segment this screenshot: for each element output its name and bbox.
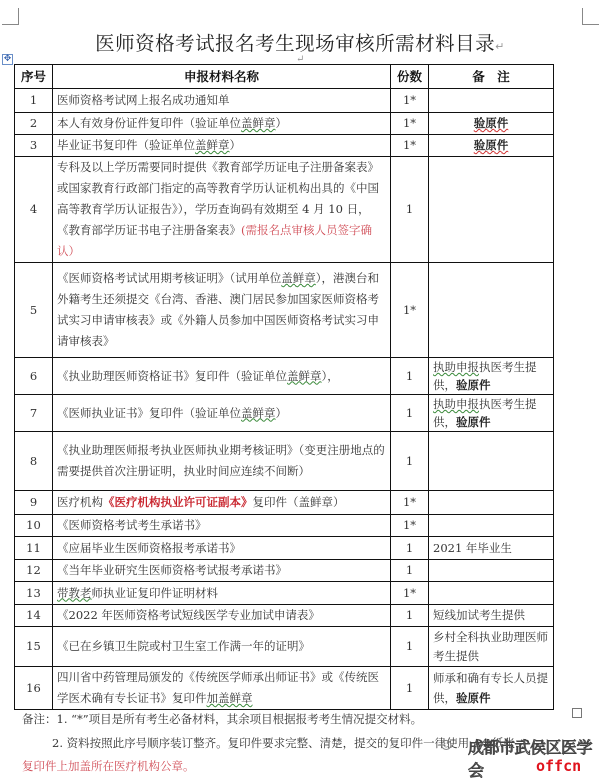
- row-note: 短线加试考生提供: [429, 605, 554, 627]
- row-name: 《医师执业证书》复印件（验证单位盖鲜章）: [53, 395, 391, 432]
- table-row: 5 《医师资格考试试用期考核证明》（试用单位盖鲜章），港澳台和外籍考生还须提交《…: [15, 263, 554, 358]
- table-move-handle-icon[interactable]: ✥: [2, 54, 13, 65]
- row-qty: 1: [391, 667, 429, 710]
- footer-note-1: 备注：1. “*”项目是所有考生必备材料，其余项目根据报考考生情况提交材料。: [22, 711, 422, 727]
- row-name-spellcheck-text: 盖鲜章: [287, 369, 322, 383]
- row-qty: 1*: [391, 113, 429, 135]
- row-note: 师承和确有专长人员提供，验原件: [429, 667, 554, 710]
- row-no: 4: [15, 157, 53, 263]
- row-qty: 1: [391, 432, 429, 491]
- row-note: 乡村全科执业助理医师考生提供: [429, 627, 554, 667]
- row-qty: 1: [391, 560, 429, 582]
- table-row: 15 《已在乡镇卫生院或村卫生室工作满一年的证明》 1 乡村全科执业助理医师考生…: [15, 627, 554, 667]
- table-row: 10 《医师资格考试考生承诺书》 1*: [15, 515, 554, 537]
- page-corner-mark-right: [582, 8, 599, 25]
- row-no: 16: [15, 667, 53, 710]
- row-qty: 1: [391, 395, 429, 432]
- row-no: 9: [15, 491, 53, 515]
- row-name-text: ）: [276, 116, 288, 130]
- row-name: 《2022 年医师资格考试短线医学专业加试申请表》: [53, 605, 391, 627]
- table-row: 11 《应届毕业生医师资格报考承诺书》 1 2021 年毕业生: [15, 537, 554, 560]
- row-name-text: 《医师资格考试试用期考核证明》（试用单位: [57, 271, 281, 285]
- document-title: 医师资格考试报名考生现场审核所需材料目录↵: [0, 28, 600, 56]
- row-no: 15: [15, 627, 53, 667]
- table-header-row: 序号 申报材料名称 份数 备 注: [15, 65, 554, 89]
- row-qty: 1: [391, 537, 429, 560]
- row-note: [429, 263, 554, 358]
- table-row: 9 医疗机构《医疗机构执业许可证副本》复印件（盖鲜章） 1*: [15, 491, 554, 515]
- row-no: 11: [15, 537, 53, 560]
- row-name-text: 《医师执业证书》复印件（验证单位: [57, 406, 241, 420]
- row-name: 《应届毕业生医师资格报考承诺书》: [53, 537, 391, 560]
- row-name-text: 复印件（盖鲜章）: [253, 495, 345, 509]
- header-qty: 份数: [391, 65, 429, 89]
- table-row: 4 专科及以上学历需要同时提供《教育部学历证电子注册备案表》或国家教育行政部门指…: [15, 157, 554, 263]
- table-row: 14 《2022 年医师资格考试短线医学专业加试申请表》 1 短线加试考生提供: [15, 605, 554, 627]
- row-qty: 1*: [391, 263, 429, 358]
- row-no: 10: [15, 515, 53, 537]
- row-name-text: 本人有效身份证件复印件（验证单位: [57, 116, 241, 130]
- row-name-spellcheck-text: 盖鲜章: [241, 406, 276, 420]
- watermark-brand: offcn: [536, 757, 581, 775]
- row-name: 《执业助理医师资格证书》复印件（验证单位盖鲜章），: [53, 358, 391, 395]
- row-name: 四川省中药管理局颁发的《传统医学师承出师证书》或《传统医学医术确有专长证书》复印…: [53, 667, 391, 710]
- row-name-text: 医疗机构: [57, 495, 103, 509]
- row-name-spellcheck-text: 盖鲜章: [241, 116, 276, 130]
- row-name-text: ），: [322, 369, 339, 383]
- row-qty: 1*: [391, 89, 429, 113]
- row-name-spellcheck-text: 加盖鲜章: [207, 691, 253, 705]
- row-no: 6: [15, 358, 53, 395]
- row-no: 14: [15, 605, 53, 627]
- row-note: 验原件: [429, 113, 554, 135]
- row-name: 《已在乡镇卫生院或村卫生室工作满一年的证明》: [53, 627, 391, 667]
- row-name: 带教老师执业证复印件证明材料: [53, 582, 391, 605]
- table-row: 8 《执业助理医师报考执业医师执业期考核证明》（变更注册地点的需要提供首次注册证…: [15, 432, 554, 491]
- table-row: 1 医师资格考试网上报名成功通知单 1*: [15, 89, 554, 113]
- verify-original-label: 验原件: [474, 116, 509, 130]
- table-row: 7 《医师执业证书》复印件（验证单位盖鲜章） 1 执助申报执医考生提供，验原件: [15, 395, 554, 432]
- row-qty: 1*: [391, 491, 429, 515]
- note-spellcheck-text: 执助申报: [433, 360, 479, 374]
- row-name-spellcheck-text: 盖鲜章: [281, 271, 316, 285]
- row-note: 验原件: [429, 135, 554, 157]
- header-note: 备 注: [429, 65, 554, 89]
- row-no: 1: [15, 89, 53, 113]
- footer-note-3: 复印件上加盖所在医疗机构公章。: [22, 758, 195, 774]
- materials-table: 序号 申报材料名称 份数 备 注 1 医师资格考试网上报名成功通知单 1* 2 …: [14, 64, 554, 710]
- row-note: 执助申报执医考生提供，验原件: [429, 358, 554, 395]
- table-row: 16 四川省中药管理局颁发的《传统医学师承出师证书》或《传统医学医术确有专长证书…: [15, 667, 554, 710]
- table-row: 6 《执业助理医师资格证书》复印件（验证单位盖鲜章）， 1 执助申报执医考生提供…: [15, 358, 554, 395]
- row-qty: 1*: [391, 582, 429, 605]
- row-name-text: ）: [230, 138, 242, 152]
- row-note: [429, 582, 554, 605]
- row-name-text: 师执业证复印件证明材料: [92, 586, 219, 600]
- row-name: 本人有效身份证件复印件（验证单位盖鲜章）: [53, 113, 391, 135]
- header-name: 申报材料名称: [53, 65, 391, 89]
- document-title-text: 医师资格考试报名考生现场审核所需材料目录: [95, 32, 495, 55]
- header-no: 序号: [15, 65, 53, 89]
- row-name-spellcheck-text: 盖鲜章: [195, 138, 230, 152]
- row-name: 《医师资格考试试用期考核证明》（试用单位盖鲜章），港澳台和外籍考生还须提交《台湾…: [53, 263, 391, 358]
- row-note: [429, 560, 554, 582]
- row-note: [429, 432, 554, 491]
- row-name: 医疗机构《医疗机构执业许可证副本》复印件（盖鲜章）: [53, 491, 391, 515]
- row-no: 8: [15, 432, 53, 491]
- verify-original-label: 验原件: [456, 415, 491, 429]
- row-no: 2: [15, 113, 53, 135]
- row-name: 《执业助理医师报考执业医师执业期考核证明》（变更注册地点的需要提供首次注册证明，…: [53, 432, 391, 491]
- verify-original-label: 验原件: [474, 138, 509, 152]
- row-note: [429, 515, 554, 537]
- row-qty: 1*: [391, 515, 429, 537]
- table-row: 2 本人有效身份证件复印件（验证单位盖鲜章） 1* 验原件: [15, 113, 554, 135]
- wechat-icon: ☺: [440, 738, 453, 754]
- row-name-text: 《执业助理医师资格证书》复印件（验证单位: [57, 369, 287, 383]
- row-no: 3: [15, 135, 53, 157]
- row-note: [429, 491, 554, 515]
- row-qty: 1*: [391, 135, 429, 157]
- row-name: 《医师资格考试考生承诺书》: [53, 515, 391, 537]
- page-corner-mark-left: [2, 8, 19, 25]
- verify-original-label: 验原件: [456, 378, 491, 392]
- row-name: 医师资格考试网上报名成功通知单: [53, 89, 391, 113]
- row-note: 执助申报执医考生提供，验原件: [429, 395, 554, 432]
- row-note: [429, 89, 554, 113]
- row-name-text: ）: [276, 406, 288, 420]
- row-name: 专科及以上学历需要同时提供《教育部学历证电子注册备案表》或国家教育行政部门指定的…: [53, 157, 391, 263]
- row-name: 毕业证书复印件（验证单位盖鲜章）: [53, 135, 391, 157]
- row-name-text: 毕业证书复印件（验证单位: [57, 138, 195, 152]
- note-spellcheck-text: 执助申报: [433, 397, 479, 411]
- row-qty: 1: [391, 157, 429, 263]
- row-no: 5: [15, 263, 53, 358]
- table-end-mark-icon: [572, 708, 582, 718]
- row-qty: 1: [391, 358, 429, 395]
- row-name-spellcheck-text: 带教老: [57, 586, 92, 600]
- row-note: 2021 年毕业生: [429, 537, 554, 560]
- verify-original-label: 验原件: [456, 691, 491, 705]
- footer-note-2: 2. 资料按照此序号顺序装订整齐。复印件要求完整、清楚，提交的复印件一律使用 A…: [52, 735, 527, 751]
- row-qty: 1: [391, 627, 429, 667]
- row-name: 《当年毕业研究生医师资格考试报考承诺书》: [53, 560, 391, 582]
- table-row: 13 带教老师执业证复印件证明材料 1*: [15, 582, 554, 605]
- row-no: 7: [15, 395, 53, 432]
- table-row: 3 毕业证书复印件（验证单位盖鲜章） 1* 验原件: [15, 135, 554, 157]
- row-name-red-bold-text: 《医疗机构执业许可证副本》: [103, 495, 253, 509]
- row-note: [429, 157, 554, 263]
- row-no: 13: [15, 582, 53, 605]
- table-row: 12 《当年毕业研究生医师资格考试报考承诺书》 1: [15, 560, 554, 582]
- row-qty: 1: [391, 605, 429, 627]
- paragraph-mark-icon: ↵: [495, 40, 505, 53]
- row-no: 12: [15, 560, 53, 582]
